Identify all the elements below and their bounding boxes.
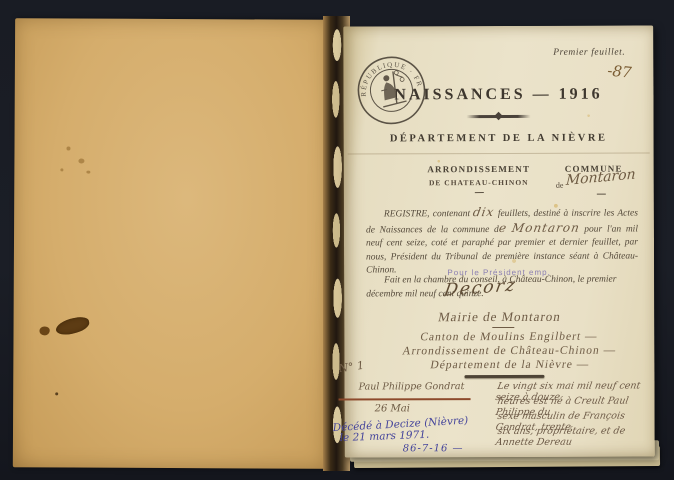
arrondissement-label: ARRONDISSEMENT xyxy=(404,164,554,175)
act-body-line: six ans, propriétaire, et de Annette Der… xyxy=(497,425,665,448)
arrondissement-dash xyxy=(475,192,484,193)
ink-blot-small xyxy=(38,325,51,337)
registre-handwritten-commune: e Montaron xyxy=(498,221,581,235)
canton-text: Canton de Moulins Engilbert — xyxy=(420,331,599,344)
death-note-line2: le 21 mars 1971. xyxy=(339,429,429,444)
arrondissement-line: Arrondissement de Château-Chinon — xyxy=(354,344,664,357)
mairie-text: Mairie de Montaron xyxy=(437,309,562,325)
stain-speck xyxy=(78,159,84,164)
act-margin-name: Paul Philippe Gondrat xyxy=(336,381,486,393)
department-title: DÉPARTEMENT DE LA NIÈVRE xyxy=(344,132,654,144)
page-title: NAISSANCES — 1916 xyxy=(343,85,653,104)
margin-name-underline xyxy=(339,398,471,400)
commune-prefix: de xyxy=(556,181,564,190)
act-number: N° 1 xyxy=(338,359,365,376)
right-registry-page: RÉPUBLIQUE · FRANÇAISE Premier feuillet.… xyxy=(343,25,655,457)
ornament-divider xyxy=(467,115,531,118)
stain-speck xyxy=(60,168,63,171)
act-line-text: six ans, propriétaire, et de Annette Der… xyxy=(495,425,667,448)
left-blank-page xyxy=(13,18,328,469)
stain-speck xyxy=(55,392,58,395)
canton-line: Canton de Moulins Engilbert — xyxy=(354,330,664,343)
departement-text: Département de la Nièvre — xyxy=(429,359,590,372)
act-margin-date: 26 Mai xyxy=(375,403,410,414)
departement-line: Département de la Nièvre — xyxy=(354,358,664,371)
arrondissement-value: DE CHATEAU-CHINON xyxy=(404,178,554,188)
mairie-line: Mairie de Montaron xyxy=(344,308,654,325)
commune-dash xyxy=(597,194,606,195)
stain-speck xyxy=(66,146,70,150)
arrondissement-text: Arrondissement de Château-Chinon — xyxy=(401,345,617,358)
death-note-reference: 86-7-16 — xyxy=(403,443,464,454)
registre-handwritten-count: dix xyxy=(472,206,496,220)
folio-number: -87 xyxy=(606,61,632,81)
premier-feuillet-label: Premier feuillet. xyxy=(553,48,625,58)
stain-speck xyxy=(86,171,90,174)
ink-blot xyxy=(54,315,90,337)
registry-scan: RÉPUBLIQUE · FRANÇAISE Premier feuillet.… xyxy=(0,0,674,480)
mairie-dash xyxy=(492,327,514,328)
ornament-diamond xyxy=(494,112,502,120)
header-rule xyxy=(348,152,650,154)
torn-page-remnants xyxy=(331,18,343,470)
departement-underline xyxy=(464,375,544,378)
registre-text-1: REGISTRE, contenant xyxy=(384,209,473,219)
